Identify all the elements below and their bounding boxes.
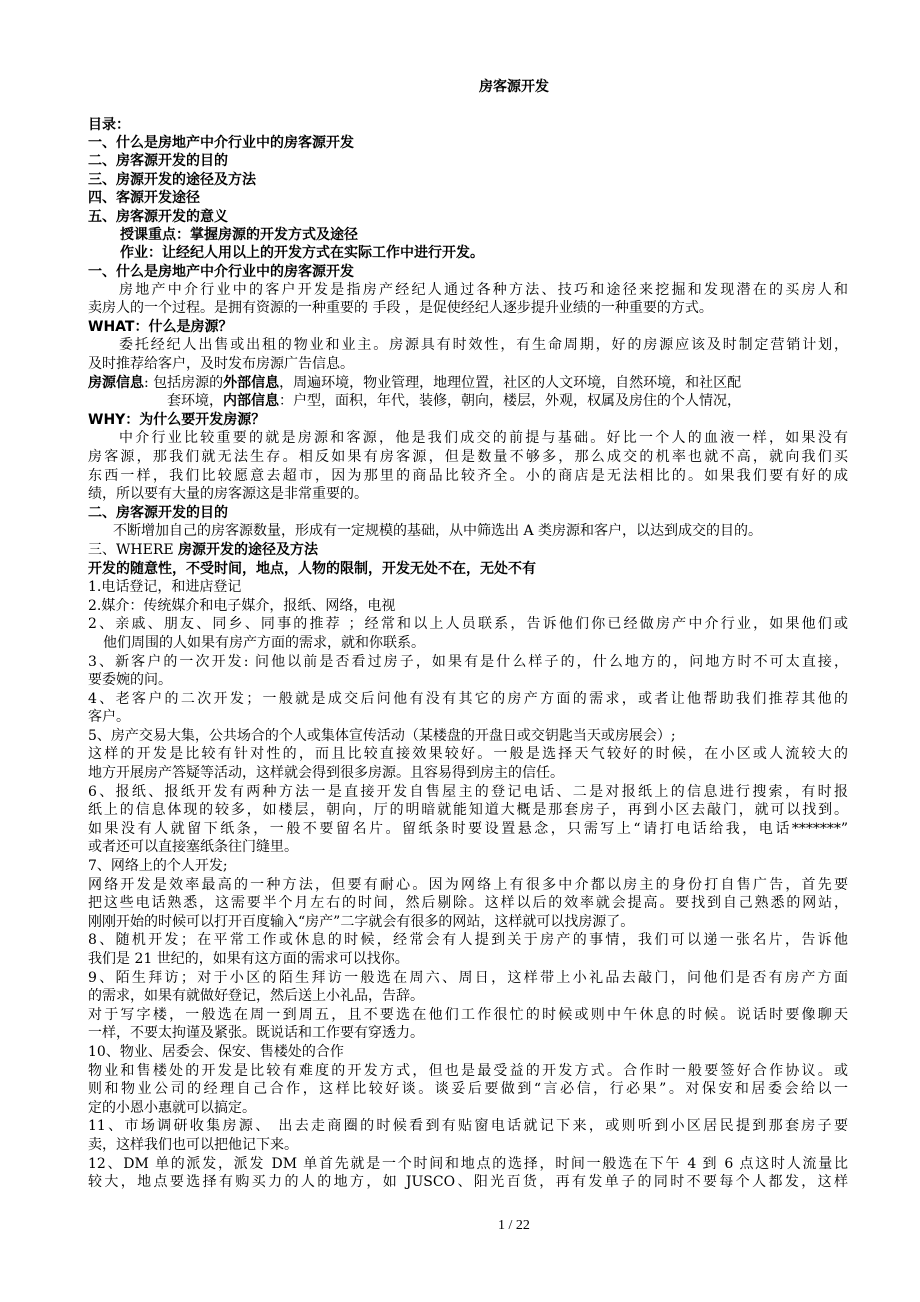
list-line: 刚刚开始的时候可以打开百度输入“房产”二字就会有很多的网站，这样就可以找房源了。 bbox=[88, 913, 848, 931]
what-heading: WHAT：什么是房源？ bbox=[88, 318, 848, 336]
list-line: 则和物业公司的经理自己合作，这样比较好谈。谈妥后要做到“言必信，行必果”。对保安… bbox=[88, 1080, 848, 1098]
list-line: 11、市场调研收集房源、 出去走商圈的时候看到有贴窗电话就记下来，或则听到小区居… bbox=[88, 1117, 848, 1135]
list-line: 一样，不要太拘谨及紧张。既说话和工作要有穿透力。 bbox=[88, 1024, 848, 1042]
paragraph-line: 房客源，那我们就无法生存。相反如果有房客源，但是数量不够多，那么成交的机率也就不… bbox=[88, 448, 848, 466]
list-line: 这样的开发是比较有针对性的，而且比较直接效果较好。一般是选择天气较好的时候，在小… bbox=[88, 745, 848, 763]
list-line: 3、新客户的一次开发: 问他以前是否看过房子，如果有是什么样子的，什么地方的，问… bbox=[88, 653, 848, 671]
section-heading: 一、什么是房地产中介行业中的房客源开发 bbox=[88, 263, 848, 281]
why-heading: WHY：为什么要开发房源？ bbox=[88, 411, 848, 429]
toc-item: 一、什么是房地产中介行业中的房客源开发 bbox=[88, 134, 848, 152]
property-info-line: 房源信息: 包括房源的外部信息，周遍环境，物业管理，地理位置，社区的人文环境，自… bbox=[88, 374, 848, 392]
list-line: 4、老客户的二次开发；一般就是成交后问他有没有其它的房产方面的需求，或者让他帮助… bbox=[88, 690, 848, 708]
section-heading: 二、房客源开发的目的 bbox=[88, 504, 848, 522]
list-line: 要委婉的问。 bbox=[88, 671, 848, 689]
list-line: 卖，这样我们也可以把他记下来。 bbox=[88, 1136, 848, 1154]
list-line: 5、房产交易大集，公共场合的个人或集体宣传活动（某楼盘的开盘日或交钥匙当天或房展… bbox=[88, 727, 848, 745]
paragraph-line: 及时推荐给客户，及时发布房源广告信息。 bbox=[88, 355, 848, 373]
list-line: 把这些电话熟悉，这需要半个月左右的时间，然后剔除。这样以后的效率就会提高。要找到… bbox=[88, 894, 848, 912]
list-line: 7、网络上的个人开发; bbox=[88, 857, 848, 875]
text-span: 套环境， bbox=[167, 393, 223, 409]
paragraph-line: 中介行业比较重要的就是房源和客源，他是我们成交的前提与基础。好比一个人的血液一样… bbox=[119, 429, 848, 447]
list-line: 12、DM 单的派发，派发 DM 单首先就是一个时间和地点的选择，时间一般选在下… bbox=[88, 1155, 848, 1173]
text-span: 房源开发的途径及方法 bbox=[178, 542, 318, 558]
internal-info-label: 内部信息 bbox=[223, 393, 279, 409]
property-info-line: 套环境，内部信息：户型，面积，年代，装修，朝向，楼层，外观，权属及房住的个人情况… bbox=[167, 392, 920, 410]
list-line: 10、物业、居委会、保安、售楼处的合作 bbox=[88, 1043, 848, 1061]
list-line: 6、报纸、报纸开发有两种方法一是直接开发自售屋主的登记电话、二是对报纸上的信息进… bbox=[88, 783, 848, 801]
list-line: 地方开展房产答疑等活动，这样就会得到很多房源。且容易得到房主的信任。 bbox=[88, 764, 848, 782]
paragraph-line: 东西一样，我们比较愿意去超市，因为那里的商品比较齐全。小的商店是无法相比的。如果… bbox=[88, 467, 848, 485]
list-line: 客户。 bbox=[88, 708, 848, 726]
section-heading: 三、WHERE 房源开发的途径及方法 bbox=[88, 541, 848, 559]
toc-item: 三、房源开发的途径及方法 bbox=[88, 171, 848, 189]
list-line: 较大，地点要选择有购买力的人的地方，如 JUSCO、阳光百货，再有发单子的同时不… bbox=[88, 1173, 848, 1191]
document-title: 房客源开发 bbox=[0, 76, 920, 96]
list-line: 8、随机开发；在平常工作或休息的时候，经常会有人提到关于房产的事情，我们可以递一… bbox=[88, 931, 848, 949]
paragraph-line: 卖房人的一个过程。是拥有资源的一种重要的 手段 ，是促使经纪人逐步提升业绩的一种… bbox=[88, 299, 848, 317]
list-line: 我们是 21 世纪的，如果有这方面的需求可以找你。 bbox=[88, 950, 848, 968]
toc-item: 四、客源开发途径 bbox=[88, 189, 848, 207]
paragraph-line: 不断增加自己的房客源数量，形成有一定规模的基础，从中筛选出 A 类房源和客户，以… bbox=[113, 522, 873, 540]
list-line: 纸上的信息体现的较多，如楼层，朝向，厅的明暗就能知道大概是那套房子，再到小区去敲… bbox=[88, 801, 848, 819]
paragraph-line: 委托经纪人出售或出租的物业和业主。房源具有时效性，有生命周期，好的房源应该及时制… bbox=[119, 336, 848, 354]
external-info-label: 外部信息 bbox=[223, 375, 279, 391]
teaching-focus: 授课重点：掌握房源的开发方式及途径 bbox=[120, 226, 880, 244]
list-line: 2.媒介：传统媒介和电子媒介，报纸、网络，电视 bbox=[88, 597, 848, 615]
list-line: 网络开发是效率最高的一种方法，但要有耐心。因为网络上有很多中介都以房主的身份打自… bbox=[88, 876, 848, 894]
list-line: 或者还可以直接塞纸条往门缝里。 bbox=[88, 838, 848, 856]
page-indicator: 1 / 22 bbox=[0, 1218, 920, 1234]
list-line: 1.电话登记，和进店登记 bbox=[88, 578, 848, 596]
list-line: 2、亲戚、朋友、同乡、同事的推荐 ；经常和以上人员联系，告诉他们你已经做房产中介… bbox=[88, 615, 848, 633]
subheading: 开发的随意性，不受时间，地点，人物的限制，开发无处不在，无处不有 bbox=[88, 560, 848, 578]
text-span: ：户型，面积，年代，装修，朝向，楼层，外观，权属及房住的个人情况， bbox=[279, 393, 741, 409]
text-span: : 包括房源的 bbox=[144, 375, 223, 391]
list-line: 物业和售楼处的开发是比较有难度的开发方式，但也是最受益的开发方式。合作时一般要签… bbox=[88, 1062, 848, 1080]
text-span: ，周遍环境，物业管理，地理位置，社区的人文环境，自然环境，和社区配 bbox=[279, 375, 741, 391]
list-line: 对于写字楼，一般选在周一到周五，且不要选在他们工作很忙的时候或则中午休息的时候。… bbox=[88, 1006, 848, 1024]
text-span: 三、WHERE bbox=[88, 542, 178, 558]
list-line: 9、陌生拜访；对于小区的陌生拜访一般选在周六、周日，这样带上小礼品去敲门，问他们… bbox=[88, 969, 848, 987]
document-page: 房客源开发 目录： 一、什么是房地产中介行业中的房客源开发 二、房客源开发的目的… bbox=[0, 0, 920, 1302]
property-info-label: 房源信息 bbox=[88, 375, 144, 391]
toc-item: 二、房客源开发的目的 bbox=[88, 152, 848, 170]
paragraph-line: 绩，所以要有大量的房客源这是非常重要的。 bbox=[88, 485, 848, 503]
list-line: 的需求，如果有就做好登记，然后送上小礼品，告辞。 bbox=[88, 987, 848, 1005]
list-line: 他们周围的人如果有房产方面的需求，就和你联系。 bbox=[103, 634, 863, 652]
list-line: 如果没有人就留下纸条，一般不要留名片。留纸条时要设置悬念，只需写上“请打电话给我… bbox=[88, 820, 848, 838]
toc-label: 目录： bbox=[88, 116, 848, 134]
paragraph-line: 房地产中介行业中的客户开发是指房产经纪人通过各种方法、技巧和途径来挖掘和发现潜在… bbox=[119, 281, 848, 299]
homework: 作业：让经纪人用以上的开发方式在实际工作中进行开发。 bbox=[120, 244, 880, 262]
toc-item: 五、房客源开发的意义 bbox=[88, 208, 848, 226]
list-line: 定的小恩小惠就可以搞定。 bbox=[88, 1099, 848, 1117]
